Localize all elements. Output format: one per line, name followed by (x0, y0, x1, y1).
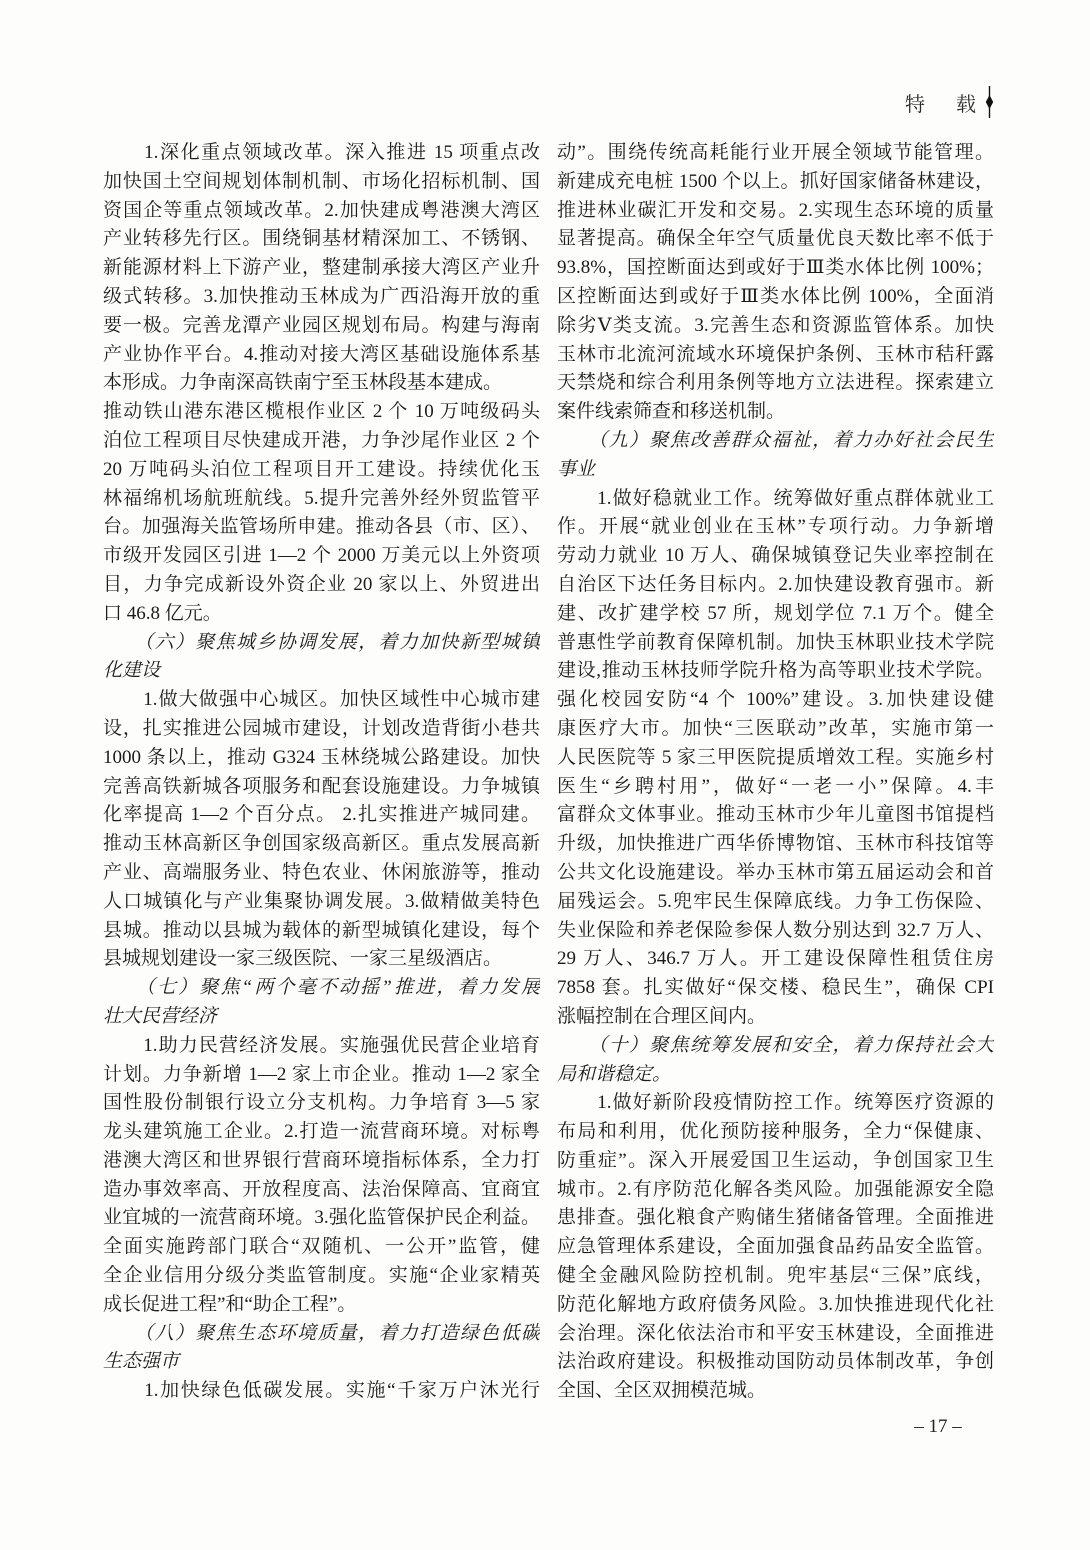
text-line: 完善高铁新城各项服务和配套设施建设。力争城镇 (103, 773, 540, 802)
text-line: 产业、高端服务业、特色农业、休闲旅游等，推动 (103, 859, 540, 888)
text-line: 推进林业碳汇开发和交易。2.实现生态环境的质量 (557, 197, 994, 226)
text-line: 防范化解地方政府债务风险。3.加快推进现代化社 (557, 1291, 994, 1320)
text-columns: 1.深化重点领域改革。深入推进 15 项重点改革。加快国土空间规划体制机制、市场… (103, 139, 994, 1406)
text-line: 全企业信用分级分类监管制度。实施“企业家精英 (103, 1262, 540, 1291)
text-line: 城市。2.有序防范化解各类风险。加强能源安全隐 (557, 1176, 994, 1205)
text-line: 化率提高 1—2 个百分点。 2.扎实推进产城同建。 (103, 801, 540, 830)
text-line: 全面实施跨部门联合“双随机、一公开”监管，健 (103, 1233, 540, 1262)
text-line: 建、改扩建学校 57 所，规划学位 7.1 万个。健全 (557, 600, 994, 629)
text-line: 台。加强海关监管场所申建。推动各县（市、区）、 (103, 513, 540, 542)
text-line: 口 46.8 亿元。 (103, 600, 540, 629)
text-line: （八）聚焦生态环境质量，着力打造绿色低碳 (103, 1320, 540, 1349)
text-line: 泊位工程项目尽快建成开港，力争沙尾作业区 2 个 (103, 427, 540, 456)
text-line: 20 万吨码头泊位工程项目开工建设。持续优化玉 (103, 456, 540, 485)
page-number: – 17 – (893, 1413, 983, 1441)
text-line: 成长促进工程”和“助企工程”。 (103, 1291, 540, 1320)
text-line: 业宜城的一流营商环境。3.强化监管保护民企利益。 (103, 1204, 540, 1233)
text-line: 应急管理体系建设，全面加强食品药品安全监管。 (557, 1233, 994, 1262)
text-line: 区控断面达到或好于Ⅲ类水体比例 100%，全面消 (557, 283, 994, 312)
text-line: 防重症”。深入开展爱国卫生运动，争创国家卫生 (557, 1147, 994, 1176)
text-line: 新建成充电桩 1500 个以上。抓好国家储备林建设， (557, 168, 994, 197)
text-line: 失业保险和养老保险参保人数分别达到 32.7 万人、 (557, 917, 994, 946)
text-line: 化建设 (103, 657, 540, 686)
text-line: 普惠性学前教育保障机制。加快玉林职业技术学院 (557, 629, 994, 658)
text-line: 造办事效率高、开放程度高、法治保障高、宜商宜 (103, 1176, 540, 1205)
text-line: 1.做好稳就业工作。统筹做好重点群体就业工 (557, 485, 994, 514)
text-line: 局和谐稳定。 (557, 1061, 994, 1090)
text-line: 案件线索筛查和移送机制。 (557, 398, 994, 427)
text-line: 事业 (557, 456, 994, 485)
text-line: 强化校园安防“4 个 100%”建设。3.加快建设健 (557, 686, 994, 715)
document-page: 特 载 1.深化重点领域改革。深入推进 15 项重点改革。加快国土空间规划体制机… (0, 0, 1090, 1550)
text-line: 升级，加快推进广西华侨博物馆、玉林市科技馆等 (557, 830, 994, 859)
text-line: 建设,推动玉林技师学院升格为高等职业技术学院。 (557, 657, 994, 686)
text-line: 资国企等重点领域改革。2.加快建成粤港澳大湾区 (103, 197, 540, 226)
text-line: 龙头建筑施工企业。2.打造一流营商环境。对标粤 (103, 1118, 540, 1147)
text-line: 要一极。完善龙潭产业园区规划布局。构建与海南 (103, 312, 540, 341)
text-line: 显著提高。确保全年空气质量优良天数比率不低于 (557, 225, 994, 254)
text-line: 1.深化重点领域改革。深入推进 15 项重点改革。 (103, 139, 540, 168)
text-line: 目，力争完成新设外资企业 20 家以上、外贸进出 (103, 571, 540, 600)
text-line: 作。开展“就业创业在玉林”专项行动。力争新增 (557, 513, 994, 542)
text-line: 健全金融风险防控机制。兜牢基层“三保”底线， (557, 1262, 994, 1291)
text-line: 除劣Ⅴ类支流。3.完善生态和资源监管体系。加快 (557, 312, 994, 341)
text-line: 法治政府建设。积极推动国防动员体制改革，争创 (557, 1348, 994, 1377)
text-line: 1.助力民营经济发展。实施强优民营企业培育 (103, 1032, 540, 1061)
text-line: 患排查。强化粮食产购储生猪储备管理。全面推进 (557, 1204, 994, 1233)
text-line: 设，扎实推进公园城市建设，计划改造背街小巷共 (103, 715, 540, 744)
text-line: 天禁烧和综合利用条例等地方立法进程。探索建立 (557, 369, 994, 398)
text-line: （十）聚焦统筹发展和安全，着力保持社会大 (557, 1032, 994, 1061)
text-line: 玉林市北流河流域水环境保护条例、玉林市秸秆露 (557, 341, 994, 370)
text-line: 本形成。力争南深高铁南宁至玉林段基本建成。 (103, 369, 540, 398)
header-title: 特 载 (905, 88, 989, 117)
section-marker-icon (983, 86, 996, 118)
text-line: 人民医院等 5 家三甲医院提质增效工程。实施乡村 (557, 744, 994, 773)
text-line: （七）聚焦“两个毫不动摇”推进，着力发展 (103, 974, 540, 1003)
column-right: 动”。围绕传统高耗能行业开展全领域节能管理。新建成充电桩 1500 个以上。抓好… (557, 139, 994, 1406)
text-line: 富群众文体事业。推动玉林市少年儿童图书馆提档 (557, 801, 994, 830)
text-line: 加快国土空间规划体制机制、市场化招标机制、国 (103, 168, 540, 197)
text-line: （九）聚焦改善群众福祉，着力办好社会民生 (557, 427, 994, 456)
text-line: 自治区下达任务目标内。2.加快建设教育强市。新 (557, 571, 994, 600)
text-line: 推动铁山港东港区榄根作业区 2 个 10 万吨级码头 (103, 398, 540, 427)
text-line: （六）聚焦城乡协调发展，着力加快新型城镇 (103, 629, 540, 658)
text-line: 动”。围绕传统高耗能行业开展全领域节能管理。 (557, 139, 994, 168)
running-header: 特 载 (905, 86, 996, 118)
text-line: 布局和利用，优化预防接种服务，全力“保健康、 (557, 1118, 994, 1147)
text-line: 1.做大做强中心城区。加快区域性中心城市建 (103, 686, 540, 715)
text-line: 康医疗大市。加快“三医联动”改革，实施市第一 (557, 715, 994, 744)
text-line: 93.8%，国控断面达到或好于Ⅲ类水体比例 100%； (557, 254, 994, 283)
text-line: 7858 套。扎实做好“保交楼、稳民生”，确保 CPI (557, 974, 994, 1003)
text-line: 市级开发园区引进 1—2 个 2000 万美元以上外资项 (103, 542, 540, 571)
text-line: 会治理。深化依法治市和平安玉林建设，全面推进 (557, 1320, 994, 1349)
text-line: 县城规划建设一家三级医院、一家三星级酒店。 (103, 945, 540, 974)
text-line: 全国、全区双拥模范城。 (557, 1377, 994, 1406)
text-line: 计划。力争新增 1—2 家上市企业。推动 1—2 家全 (103, 1061, 540, 1090)
text-line: 人口城镇化与产业集聚协调发展。3.做精做美特色 (103, 888, 540, 917)
text-line: 国性股份制银行设立分支机构。力争培育 3—5 家 (103, 1089, 540, 1118)
text-line: 医生“乡聘村用”，做好“一老一小”保障。4.丰 (557, 773, 994, 802)
text-line: 港澳大湾区和世界银行营商环境指标体系，全力打 (103, 1147, 540, 1176)
text-line: 级式转移。3.加快推动玉林成为广西沿海开放的重 (103, 283, 540, 312)
text-line: 林福绵机场航班航线。5.提升完善外经外贸监管平 (103, 485, 540, 514)
text-line: 公共文化设施建设。举办玉林市第五届运动会和首 (557, 859, 994, 888)
text-line: 1000 条以上，推动 G324 玉林绕城公路建设。加快 (103, 744, 540, 773)
text-line: 新能源材料上下游产业，整建制承接大湾区产业升 (103, 254, 540, 283)
text-line: 产业协作平台。4.推动对接大湾区基础设施体系基 (103, 341, 540, 370)
text-line: 推动玉林高新区争创国家级高新区。重点发展高新 (103, 830, 540, 859)
text-line: 生态强市 (103, 1348, 540, 1377)
text-line: 29 万人、346.7 万人。开工建设保障性租赁住房 (557, 945, 994, 974)
text-line: 1.加快绿色低碳发展。实施“千家万户沐光行 (103, 1377, 540, 1406)
text-line: 县城。推动以县城为载体的新型城镇化建设，每个 (103, 917, 540, 946)
text-line: 涨幅控制在合理区间内。 (557, 1003, 994, 1032)
text-line: 1.做好新阶段疫情防控工作。统筹医疗资源的 (557, 1089, 994, 1118)
text-line: 壮大民营经济 (103, 1003, 540, 1032)
column-left: 1.深化重点领域改革。深入推进 15 项重点改革。加快国土空间规划体制机制、市场… (103, 139, 540, 1406)
text-line: 届残运会。5.兜牢民生保障底线。力争工伤保险、 (557, 888, 994, 917)
text-line: 产业转移先行区。围绕铜基材精深加工、不锈钢、 (103, 225, 540, 254)
text-line: 劳动力就业 10 万人、确保城镇登记失业率控制在 (557, 542, 994, 571)
